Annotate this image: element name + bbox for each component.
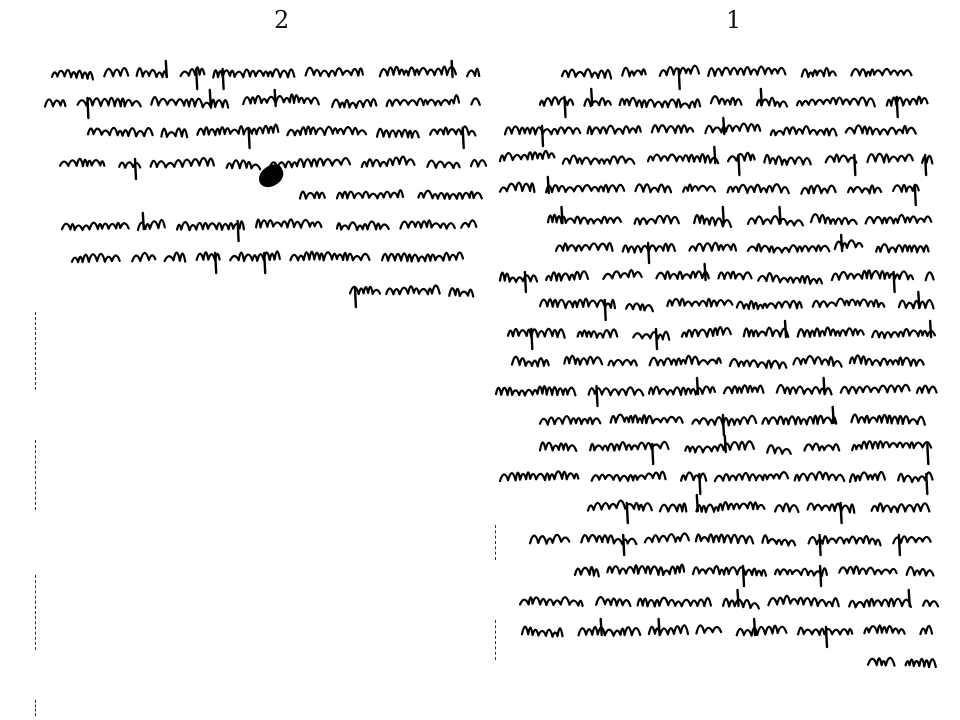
margin-rule-segment — [35, 575, 36, 650]
handwritten-line — [45, 84, 482, 118]
handwritten-line — [868, 643, 934, 677]
margin-rule-segment — [495, 525, 496, 560]
handwritten-line — [62, 207, 476, 241]
handwritten-line — [88, 114, 476, 148]
handwritten-line — [300, 177, 482, 211]
handwritten-line — [500, 171, 934, 205]
page-number-right: 1 — [726, 6, 741, 34]
handwritten-line — [530, 521, 932, 555]
page-number-left: 2 — [274, 6, 289, 34]
handwritten-line — [540, 430, 935, 464]
left-page: 2 — [0, 0, 490, 720]
handwritten-line — [575, 552, 934, 586]
handwritten-line — [72, 239, 478, 273]
margin-rule-segment — [35, 312, 36, 390]
handwritten-line — [522, 613, 934, 647]
handwritten-line — [350, 273, 475, 307]
margin-rule-segment — [35, 700, 36, 716]
right-page: 1 — [490, 0, 960, 720]
margin-rule-segment — [495, 620, 496, 660]
margin-rule-segment — [35, 440, 36, 510]
handwritten-line — [500, 141, 933, 175]
handwritten-line — [588, 489, 932, 523]
